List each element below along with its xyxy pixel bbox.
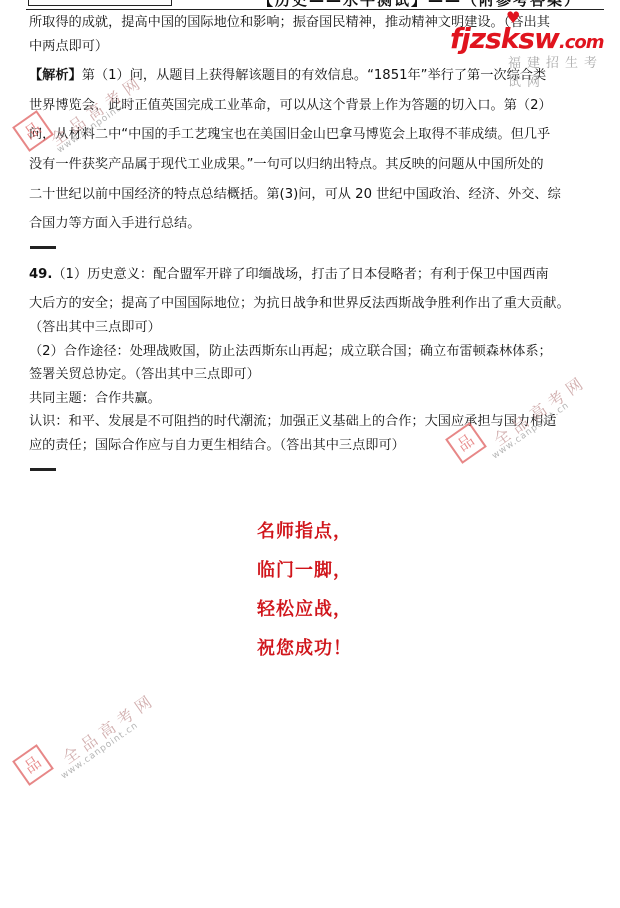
q49-understanding-line-1: 认识：和平、发展是不可阻挡的时代潮流；加强正义基础上的合作；大国应承担与国力相适 [29,410,601,434]
site-watermark-logo: fjzsksw.com 福建招生考试网 [448,22,618,72]
header-box [28,0,172,6]
analysis-label: 【解析】 [29,68,82,83]
analysis-line-5: 二十世纪以前中国经济的特点总结概括。第(3)问，可从 20 世纪中国政治、经济、… [29,183,601,207]
site-subtitle: 福建招生考试网 [508,52,618,90]
q49-part1-line-3: （答出其中三点即可） [29,316,601,340]
analysis-line-6: 合国力等方面入手进行总结。 [29,212,601,236]
stamp-name: 全品高考网 [57,687,160,769]
q49-part1-line-1: 49.（1）历史意义：配合盟军开辟了印缅战场，打击了日本侵略者；有利于保卫中国西… [29,263,601,287]
stamp-url: www.canpoint.cn [59,721,140,782]
closing-line-4: 祝您成功！ [257,629,352,668]
closing-message: 名师指点， 临门一脚， 轻松应战， 祝您成功！ [257,512,352,668]
analysis-line-3: 问，从材料二中“中国的手工艺瑰宝也在美国旧金山巴拿马博览会上取得不菲成绩。但几乎 [29,123,601,147]
q49-understanding-line-2: 应的责任；国际合作应与自力更生相结合。（答出其中三点即可） [29,434,601,458]
seal-icon: 品 [12,744,54,786]
analysis-line-4: 没有一件获奖产品属于现代工业成果。”一句可以归纳出特点。其反映的问题从中国所处的 [29,153,601,177]
closing-line-1: 名师指点， [257,512,352,551]
closing-line-2: 临门一脚， [257,551,352,590]
site-brand: fjzsksw.com [450,22,604,55]
q49-part1-line-2: 大后方的安全；提高了中国国际地位；为抗日战争和世界反法西斯战争胜利作出了重大贡献… [29,292,601,316]
section-separator [30,468,56,471]
closing-line-3: 轻松应战， [257,590,352,629]
q49-part2-line-2: 签署关贸总协定。（答出其中三点即可） [29,363,601,387]
analysis-line-2: 世界博览会，此时正值英国完成工业革命，可以从这个背景上作为答题的切入口。第（2） [29,94,601,118]
section-separator [30,246,56,249]
q49-theme: 共同主题：合作共赢。 [29,387,601,411]
question-number: 49. [29,267,52,282]
q49-part2-line-1: （2）合作途径：处理战败国，防止法西斯东山再起；成立联合国；确立布雷顿森林体系； [29,340,601,364]
stamp-watermark: 品 全品高考网 www.canpoint.cn [12,690,182,800]
